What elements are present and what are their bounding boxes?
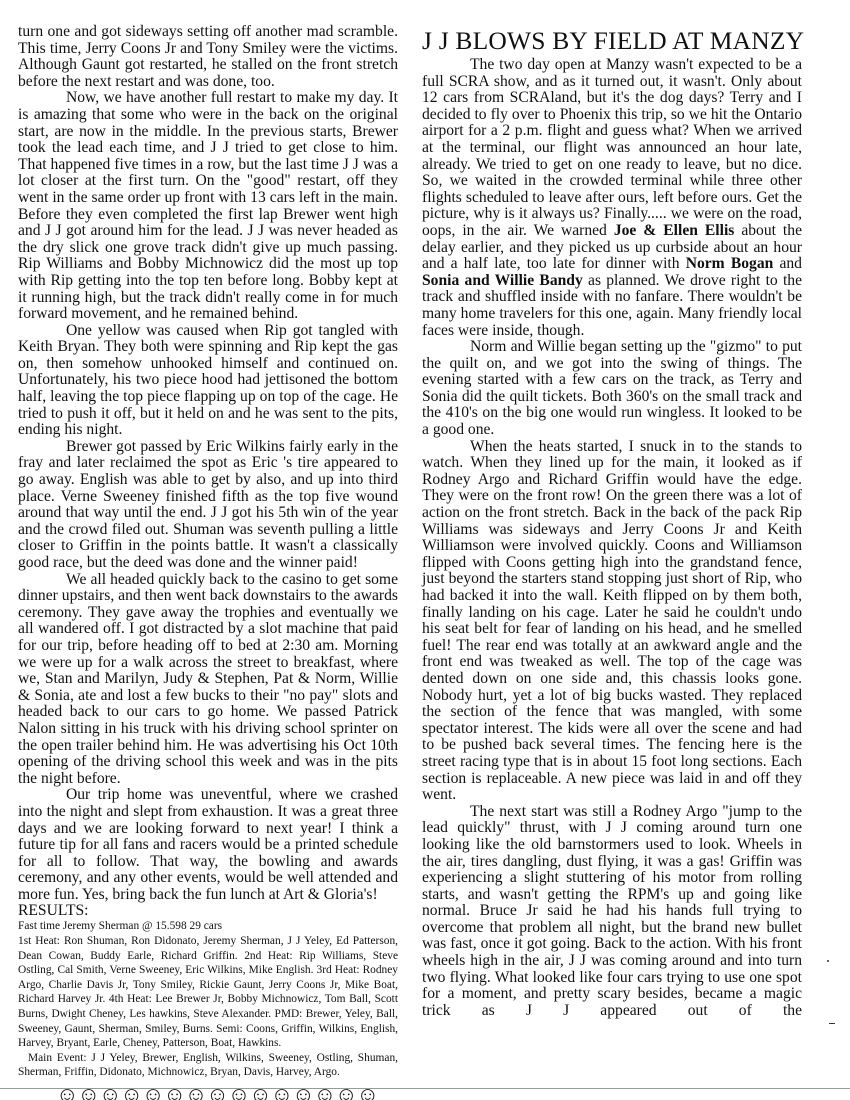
body-paragraph: One yellow was caused when Rip got tangl… xyxy=(18,323,398,439)
right-column: J J BLOWS BY FIELD AT MANZY The two day … xyxy=(422,26,802,1019)
body-paragraph: Now, we have another full restart to mak… xyxy=(18,90,398,322)
body-paragraph: The two day open at Manzy wasn't expecte… xyxy=(422,57,802,339)
body-paragraph: The next start was still a Rodney Argo "… xyxy=(422,804,802,1020)
results-heading: RESULTS: xyxy=(18,903,398,919)
body-paragraph: When the heats started, I snuck in to th… xyxy=(422,439,802,804)
page-bottom-rule xyxy=(0,1088,850,1089)
results-main-event: Main Event: J J Yeley, Brewer, English, … xyxy=(18,1051,398,1080)
body-paragraph: Our trip home was uneventful, where we c… xyxy=(18,787,398,903)
smiley-face-icon-row: ☺☺☺☺☺☺☺☺☺☺☺☺☺☺☺ xyxy=(18,1083,398,1100)
body-paragraph: turn one and got sideways setting off an… xyxy=(18,24,398,90)
scan-speck xyxy=(827,960,829,962)
article-title: J J BLOWS BY FIELD AT MANZY xyxy=(422,26,802,56)
bold-name: Sonia and Willie Bandy xyxy=(422,272,583,289)
results-section: RESULTS: Fast time Jeremy Sherman @ 15.5… xyxy=(18,903,398,1080)
body-paragraph: Norm and Willie began setting up the "gi… xyxy=(422,339,802,439)
results-fast-time: Fast time Jeremy Sherman @ 15.598 29 car… xyxy=(18,919,398,934)
text-run: The two day open at Manzy wasn't expecte… xyxy=(422,56,802,239)
left-column: turn one and got sideways setting off an… xyxy=(18,24,398,1100)
bold-name: Joe & Ellen Ellis xyxy=(614,222,735,239)
results-heats: 1st Heat: Ron Shuman, Ron Didonato, Jere… xyxy=(18,934,398,1051)
scan-dash-mark xyxy=(829,1023,835,1024)
bold-name: Norm Bogan xyxy=(686,255,774,272)
body-paragraph: Brewer got passed by Eric Wilkins fairly… xyxy=(18,439,398,572)
text-run: and xyxy=(773,255,802,272)
body-paragraph: We all headed quickly back to the casino… xyxy=(18,572,398,788)
